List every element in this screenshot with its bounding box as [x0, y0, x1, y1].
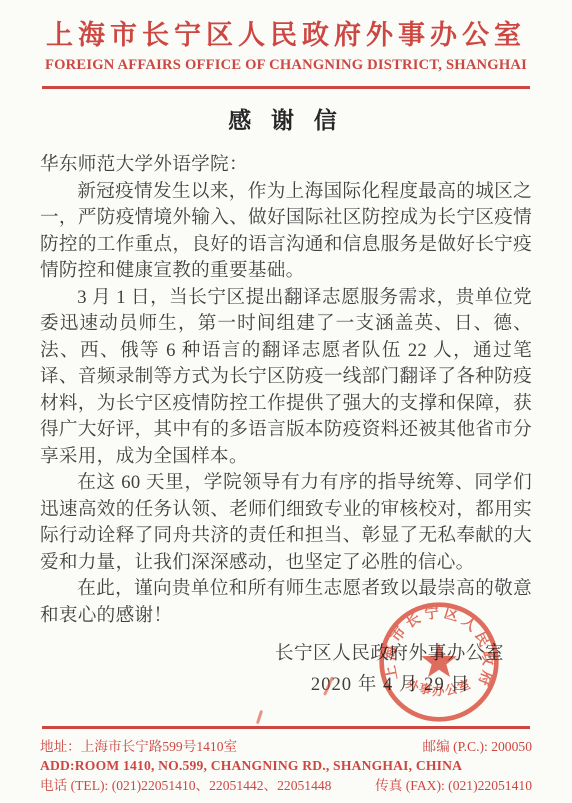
org-name-chinese: 上海市长宁区人民政府外事办公室 — [0, 13, 572, 52]
scanned-letter-page: 上海市长宁区人民政府外事办公室 FOREIGN AFFAIRS OFFICE O… — [0, 0, 572, 803]
paragraph-1: 新冠疫情发生以来，作为上海国际化程度最高的城区之一，严防疫情境外输入、做好国际社… — [40, 179, 532, 285]
footer-address-cn: 地址：上海市长宁路599号1410室 — [40, 737, 237, 757]
letterhead-divider — [42, 86, 530, 89]
paragraph-4: 在此，谨向贵单位和所有师生志愿者致以最崇高的敬意和衷心的感谢！ — [40, 576, 532, 629]
signature-date: 2020 年 4 月 29 日 — [0, 672, 572, 698]
footer-postcode: 邮编 (P.C.): 200050 — [422, 737, 532, 757]
letterhead: 上海市长宁区人民政府外事办公室 FOREIGN AFFAIRS OFFICE O… — [0, 0, 572, 89]
footer-address-en: ADD:ROOM 1410, NO.599, CHANGNING RD., SH… — [40, 756, 462, 776]
paragraph-3: 在这 60 天里，学院领导有力有序的指导统筹、同学们迅速高效的任务认领、老师们细… — [40, 470, 532, 576]
signature-org: 长宁区人民政府外事办公室 — [0, 641, 572, 667]
footer-fax: 传真 (FAX): (021)22051410 — [375, 776, 532, 796]
letter-body: 华东师范大学外语学院： 新冠疫情发生以来，作为上海国际化程度最高的城区之一，严防… — [0, 152, 572, 629]
org-name-english: FOREIGN AFFAIRS OFFICE OF CHANGNING DIST… — [0, 57, 572, 74]
footer-tel: 电话 (TEL): (021)22051410、22051442、2205144… — [40, 776, 331, 796]
signature-block: 长宁区人民政府外事办公室 2020 年 4 月 29 日 — [0, 641, 572, 698]
letter-title: 感 谢 信 — [0, 102, 572, 135]
salutation: 华东师范大学外语学院： — [40, 152, 532, 179]
stamp-stray-mark — [256, 710, 263, 724]
letter-footer: 地址：上海市长宁路599号1410室 邮编 (P.C.): 200050 ADD… — [0, 726, 572, 795]
paragraph-2: 3 月 1 日，当长宁区提出翻译志愿服务需求，贵单位党委迅速动员师生，第一时间组… — [40, 285, 532, 471]
